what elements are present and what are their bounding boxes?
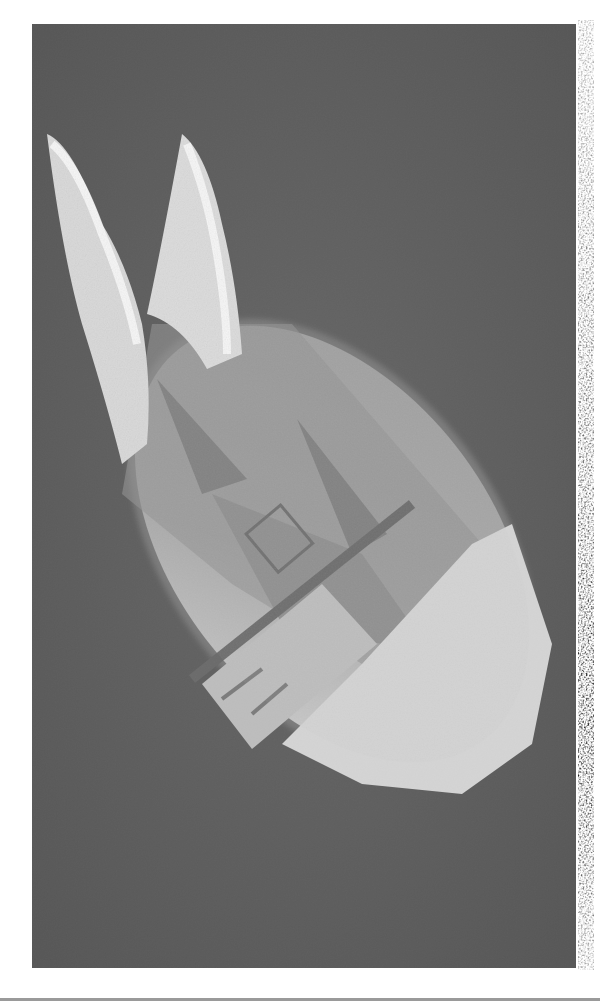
- photograph: [32, 24, 576, 968]
- scan-margin-speckle: [578, 20, 594, 970]
- egg-photo-svg: [32, 24, 576, 968]
- bottom-rule: [0, 998, 600, 1001]
